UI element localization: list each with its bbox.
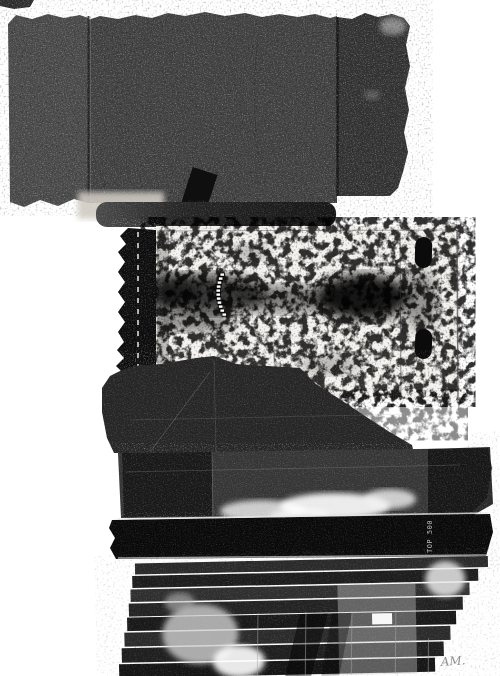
punch-slot-bottom	[414, 329, 432, 360]
stairs-white-chip	[372, 613, 392, 624]
dark-mass	[100, 355, 416, 455]
mass-grain	[100, 355, 416, 455]
ribbon-grain	[114, 226, 160, 376]
bar-grain	[96, 202, 336, 227]
banded-tier	[115, 447, 495, 524]
artwork-canvas: TOP 500 AM.	[0, 0, 500, 676]
top-felt-block	[0, 0, 412, 213]
band-grain	[112, 514, 494, 559]
black-band: TOP 500	[109, 513, 494, 559]
tier-grain	[115, 447, 495, 519]
art-scan-page: TOP 500 AM.	[0, 0, 500, 676]
scalloped-ribbon	[114, 226, 160, 376]
stairs-group	[114, 554, 496, 676]
artist-signature: AM.	[439, 653, 466, 669]
punch-slot-top	[414, 237, 432, 269]
top-left-torn-sliver	[0, 0, 34, 9]
stairs-light-column	[337, 584, 417, 676]
panel-right-border	[457, 230, 458, 400]
